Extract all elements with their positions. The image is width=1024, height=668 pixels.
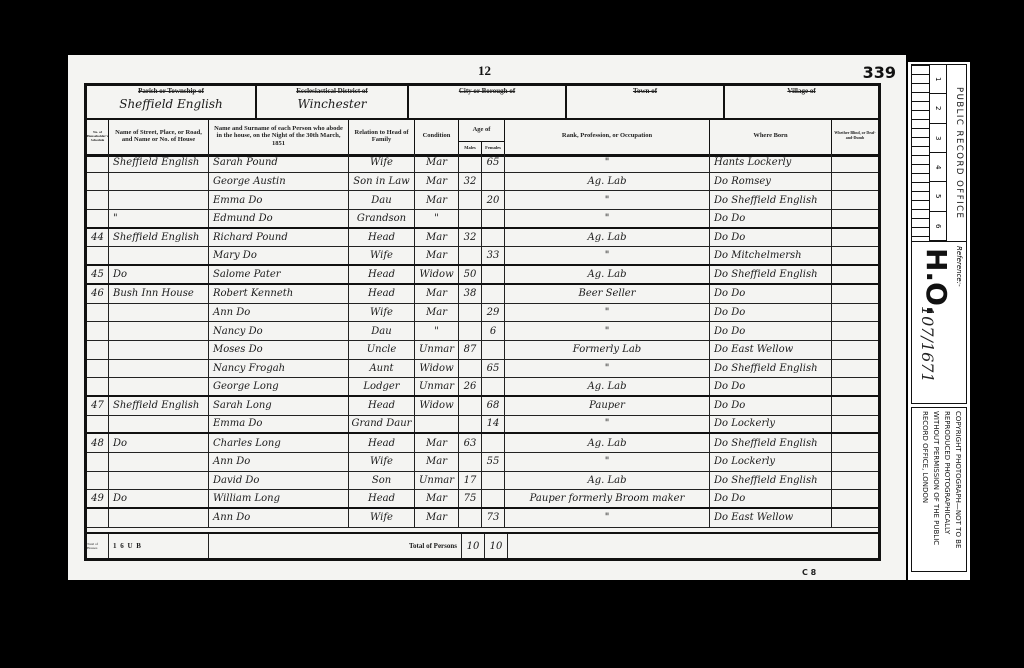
col-age: Age of Males Females bbox=[459, 118, 505, 154]
header-band: Parish or Township of Sheffield English … bbox=[87, 86, 878, 120]
table-row: Sheffield EnglishSarah PoundWifeMar65"Ha… bbox=[87, 154, 878, 173]
footer-mark: C 8 bbox=[802, 568, 816, 577]
table-row: David DoSonUnmar17Ag. LabDo Sheffield En… bbox=[87, 472, 878, 491]
schedule-number: 48 bbox=[87, 434, 109, 452]
schedule-number bbox=[87, 173, 109, 191]
blind-cell bbox=[832, 416, 878, 433]
age-female-cell: 6 bbox=[482, 322, 505, 340]
name-cell: George Austin bbox=[209, 173, 349, 191]
table-row: Ann DoWifeMar29"Do Do bbox=[87, 304, 878, 323]
reference-label: Reference:- bbox=[955, 246, 963, 287]
relation-cell: Wife bbox=[349, 154, 415, 172]
reference-number: 107/1671 bbox=[918, 306, 937, 383]
copyright-box: COPYRIGHT PHOTOGRAPH—NOT TO BE REPRODUCE… bbox=[911, 407, 967, 572]
place-cell bbox=[109, 173, 209, 191]
condition-cell: Mar bbox=[415, 229, 459, 247]
birthplace-cell: Do Do bbox=[710, 490, 832, 507]
occupation-cell: " bbox=[505, 304, 710, 322]
age-male-cell: 17 bbox=[459, 472, 482, 490]
name-cell: George Long bbox=[209, 378, 349, 395]
occupation-cell: " bbox=[505, 247, 710, 264]
age-male-cell bbox=[459, 360, 482, 378]
occupation-cell: " bbox=[505, 210, 710, 227]
age-male-cell bbox=[459, 247, 482, 264]
village-label: Village of bbox=[725, 87, 878, 95]
occupation-cell: Pauper bbox=[505, 397, 710, 415]
ruler-number: 1 bbox=[930, 65, 946, 94]
table-row: "Edmund DoGrandson""Do Do bbox=[87, 210, 878, 229]
place-cell: Do bbox=[109, 434, 209, 452]
age-female-cell bbox=[482, 285, 505, 303]
age-female-cell: 55 bbox=[482, 453, 505, 471]
condition-cell: Mar bbox=[415, 285, 459, 303]
age-male-cell bbox=[459, 397, 482, 415]
relation-cell: Head bbox=[349, 434, 415, 452]
name-cell: William Long bbox=[209, 490, 349, 507]
birthplace-cell: Do Lockerly bbox=[710, 416, 832, 433]
occupation-cell: Pauper formerly Broom maker bbox=[505, 490, 710, 507]
total-persons-males: 10 bbox=[462, 534, 485, 558]
birthplace-cell: Do Sheffield English bbox=[710, 191, 832, 209]
name-cell: Nancy Do bbox=[209, 322, 349, 340]
table-row: 44Sheffield EnglishRichard PoundHeadMar3… bbox=[87, 229, 878, 248]
condition-cell: " bbox=[415, 322, 459, 340]
age-female-cell: 14 bbox=[482, 416, 505, 433]
occupation-cell: Formerly Lab bbox=[505, 341, 710, 359]
col-condition: Condition bbox=[415, 118, 459, 154]
census-page: 12 339 Parish or Township of Sheffield E… bbox=[68, 55, 906, 580]
age-male-cell: 63 bbox=[459, 434, 482, 452]
relation-cell: Dau bbox=[349, 191, 415, 209]
ecclesiastical-value: Winchester bbox=[257, 97, 407, 111]
page-number: 12 bbox=[478, 63, 491, 79]
table-row: Moses DoUncleUnmar87Formerly LabDo East … bbox=[87, 341, 878, 360]
condition-cell: Mar bbox=[415, 247, 459, 264]
name-cell: Mary Do bbox=[209, 247, 349, 264]
age-male-cell: 38 bbox=[459, 285, 482, 303]
blind-cell bbox=[832, 322, 878, 340]
condition-cell: Mar bbox=[415, 154, 459, 172]
schedule-number bbox=[87, 472, 109, 490]
place-cell bbox=[109, 304, 209, 322]
col-name: Name and Surname of each Person who abod… bbox=[209, 118, 349, 154]
name-cell: Richard Pound bbox=[209, 229, 349, 247]
name-cell: Ann Do bbox=[209, 453, 349, 471]
name-cell: Sarah Long bbox=[209, 397, 349, 415]
blind-cell bbox=[832, 341, 878, 359]
name-cell: Edmund Do bbox=[209, 210, 349, 227]
relation-cell: Head bbox=[349, 285, 415, 303]
birthplace-cell: Do Do bbox=[710, 210, 832, 227]
name-cell: David Do bbox=[209, 472, 349, 490]
folio-number: 339 bbox=[863, 63, 896, 82]
census-table: Parish or Township of Sheffield English … bbox=[84, 83, 881, 561]
relation-cell: Grandson bbox=[349, 210, 415, 227]
birthplace-cell: Do Romsey bbox=[710, 173, 832, 191]
age-male-cell: 75 bbox=[459, 490, 482, 507]
schedule-number: 49 bbox=[87, 490, 109, 507]
age-male-cell bbox=[459, 453, 482, 471]
age-female-cell: 20 bbox=[482, 191, 505, 209]
blind-cell bbox=[832, 266, 878, 283]
relation-cell: Wife bbox=[349, 453, 415, 471]
col-age-males: Males bbox=[459, 142, 482, 154]
birthplace-cell: Do Lockerly bbox=[710, 453, 832, 471]
place-cell: " bbox=[109, 210, 209, 227]
age-female-cell bbox=[482, 266, 505, 283]
schedule-number bbox=[87, 154, 109, 172]
age-female-cell bbox=[482, 341, 505, 359]
name-cell: Charles Long bbox=[209, 434, 349, 452]
birthplace-cell: Do Sheffield English bbox=[710, 472, 832, 490]
relation-cell: Son bbox=[349, 472, 415, 490]
condition-cell bbox=[415, 416, 459, 433]
age-female-cell bbox=[482, 173, 505, 191]
place-cell bbox=[109, 472, 209, 490]
age-female-cell bbox=[482, 229, 505, 247]
ruler-number: 3 bbox=[930, 124, 946, 153]
ruler-ticks bbox=[912, 65, 929, 241]
age-male-cell bbox=[459, 509, 482, 527]
totals-blank bbox=[508, 534, 878, 558]
blind-cell bbox=[832, 229, 878, 247]
age-female-cell bbox=[482, 378, 505, 395]
occupation-cell: " bbox=[505, 322, 710, 340]
table-row: Ann DoWifeMar55"Do Lockerly bbox=[87, 453, 878, 472]
city-cell: City or Borough of bbox=[409, 86, 567, 118]
ruler-number: 6 bbox=[930, 212, 946, 241]
occupation-cell: " bbox=[505, 509, 710, 527]
schedule-number: 44 bbox=[87, 229, 109, 247]
age-female-cell: 68 bbox=[482, 397, 505, 415]
city-label: City or Borough of bbox=[409, 87, 565, 95]
name-cell: Sarah Pound bbox=[209, 154, 349, 172]
relation-cell: Head bbox=[349, 229, 415, 247]
occupation-cell: " bbox=[505, 416, 710, 433]
place-cell bbox=[109, 453, 209, 471]
condition-cell: Widow bbox=[415, 360, 459, 378]
age-male-cell bbox=[459, 416, 482, 433]
place-cell bbox=[109, 341, 209, 359]
blind-cell bbox=[832, 360, 878, 378]
condition-cell: Mar bbox=[415, 453, 459, 471]
column-headers: No. of Householder's Schedule Name of St… bbox=[87, 118, 878, 157]
blind-cell bbox=[832, 472, 878, 490]
copyright-text: COPYRIGHT PHOTOGRAPH—NOT TO BE REPRODUCE… bbox=[915, 411, 963, 568]
ecclesiastical-label: Ecclesiastical District of bbox=[257, 87, 407, 95]
condition-cell: Unmar bbox=[415, 341, 459, 359]
occupation-cell: " bbox=[505, 453, 710, 471]
birthplace-cell: Do Do bbox=[710, 397, 832, 415]
occupation-cell: Ag. Lab bbox=[505, 378, 710, 395]
occupation-cell: " bbox=[505, 191, 710, 209]
reference-box: Reference:- H.O. 107/1671 bbox=[911, 242, 967, 404]
relation-cell: Head bbox=[349, 266, 415, 283]
place-cell: Do bbox=[109, 266, 209, 283]
birthplace-cell: Do East Wellow bbox=[710, 509, 832, 527]
schedule-number bbox=[87, 416, 109, 433]
age-female-cell bbox=[482, 490, 505, 507]
blind-cell bbox=[832, 509, 878, 527]
total-persons-females: 10 bbox=[485, 534, 508, 558]
archive-reference-strip: 1 2 3 4 5 6 PUBLIC RECORD OFFICE Referen… bbox=[908, 62, 970, 580]
age-male-cell: 32 bbox=[459, 173, 482, 191]
total-houses-value: 1 6 U B bbox=[109, 534, 209, 558]
name-cell: Salome Pater bbox=[209, 266, 349, 283]
age-male-cell: 50 bbox=[459, 266, 482, 283]
ruler-label: PUBLIC RECORD OFFICE bbox=[954, 65, 964, 241]
name-cell: Emma Do bbox=[209, 416, 349, 433]
age-female-cell: 73 bbox=[482, 509, 505, 527]
relation-cell: Wife bbox=[349, 304, 415, 322]
blind-cell bbox=[832, 490, 878, 507]
ruler-scale: 1 2 3 4 5 6 bbox=[929, 65, 947, 241]
total-houses-label: Total of Houses bbox=[87, 534, 109, 558]
relation-cell: Son in Law bbox=[349, 173, 415, 191]
age-female-cell bbox=[482, 210, 505, 227]
table-row: Nancy FrogahAuntWidow65"Do Sheffield Eng… bbox=[87, 360, 878, 379]
ecclesiastical-cell: Ecclesiastical District of Winchester bbox=[257, 86, 409, 118]
schedule-number bbox=[87, 322, 109, 340]
place-cell: Do bbox=[109, 490, 209, 507]
col-relation: Relation to Head of Family bbox=[349, 118, 415, 154]
blind-cell bbox=[832, 453, 878, 471]
village-cell: Village of bbox=[725, 86, 878, 118]
schedule-number bbox=[87, 378, 109, 395]
place-cell bbox=[109, 416, 209, 433]
town-label: Town of bbox=[567, 87, 723, 95]
table-row: Emma DoDauMar20"Do Sheffield English bbox=[87, 191, 878, 210]
age-male-cell: 32 bbox=[459, 229, 482, 247]
relation-cell: Grand Daur bbox=[349, 416, 415, 433]
condition-cell: Widow bbox=[415, 266, 459, 283]
birthplace-cell: Do Sheffield English bbox=[710, 434, 832, 452]
schedule-number bbox=[87, 247, 109, 264]
schedule-number bbox=[87, 360, 109, 378]
age-male-cell bbox=[459, 154, 482, 172]
relation-cell: Wife bbox=[349, 247, 415, 264]
col-place: Name of Street, Place, or Road, and Name… bbox=[109, 118, 209, 154]
name-cell: Emma Do bbox=[209, 191, 349, 209]
place-cell: Sheffield English bbox=[109, 154, 209, 172]
condition-cell: Unmar bbox=[415, 378, 459, 395]
parish-label: Parish or Township of bbox=[87, 87, 255, 95]
place-cell bbox=[109, 191, 209, 209]
occupation-cell: Ag. Lab bbox=[505, 229, 710, 247]
condition-cell: Mar bbox=[415, 509, 459, 527]
table-row: 45DoSalome PaterHeadWidow50Ag. LabDo She… bbox=[87, 266, 878, 285]
table-body: Sheffield EnglishSarah PoundWifeMar65"Ha… bbox=[87, 154, 878, 528]
birthplace-cell: Do Do bbox=[710, 229, 832, 247]
relation-cell: Wife bbox=[349, 509, 415, 527]
parish-cell: Parish or Township of Sheffield English bbox=[87, 86, 257, 118]
condition-cell: Unmar bbox=[415, 472, 459, 490]
age-female-cell bbox=[482, 472, 505, 490]
birthplace-cell: Do Do bbox=[710, 378, 832, 395]
age-male-cell bbox=[459, 210, 482, 227]
condition-cell: Mar bbox=[415, 490, 459, 507]
age-male-cell bbox=[459, 304, 482, 322]
totals-row: Total of Houses 1 6 U B Total of Persons… bbox=[87, 532, 878, 558]
age-female-cell: 65 bbox=[482, 154, 505, 172]
schedule-number bbox=[87, 341, 109, 359]
age-subheaders: Males Females bbox=[459, 142, 504, 154]
table-row: George AustinSon in LawMar32Ag. LabDo Ro… bbox=[87, 173, 878, 192]
blind-cell bbox=[832, 173, 878, 191]
occupation-cell: Ag. Lab bbox=[505, 173, 710, 191]
schedule-number bbox=[87, 191, 109, 209]
place-cell: Sheffield English bbox=[109, 397, 209, 415]
birthplace-cell: Do Sheffield English bbox=[710, 266, 832, 283]
occupation-cell: Ag. Lab bbox=[505, 434, 710, 452]
ruler-number: 4 bbox=[930, 153, 946, 182]
name-cell: Ann Do bbox=[209, 509, 349, 527]
blind-cell bbox=[832, 210, 878, 227]
birthplace-cell: Do Do bbox=[710, 322, 832, 340]
town-cell: Town of bbox=[567, 86, 725, 118]
condition-cell: Mar bbox=[415, 304, 459, 322]
col-schedule: No. of Householder's Schedule bbox=[87, 118, 109, 154]
col-age-females: Females bbox=[482, 142, 504, 154]
name-cell: Moses Do bbox=[209, 341, 349, 359]
age-female-cell: 29 bbox=[482, 304, 505, 322]
relation-cell: Lodger bbox=[349, 378, 415, 395]
blind-cell bbox=[832, 434, 878, 452]
blind-cell bbox=[832, 378, 878, 395]
condition-cell: Mar bbox=[415, 434, 459, 452]
col-age-label: Age of bbox=[459, 118, 504, 142]
table-row: 46Bush Inn HouseRobert KennethHeadMar38B… bbox=[87, 285, 878, 304]
schedule-number: 46 bbox=[87, 285, 109, 303]
total-persons-label: Total of Persons bbox=[209, 534, 462, 558]
condition-cell: Mar bbox=[415, 173, 459, 191]
age-female-cell: 33 bbox=[482, 247, 505, 264]
relation-cell: Dau bbox=[349, 322, 415, 340]
occupation-cell: Beer Seller bbox=[505, 285, 710, 303]
blind-cell bbox=[832, 397, 878, 415]
table-row: George LongLodgerUnmar26Ag. LabDo Do bbox=[87, 378, 878, 397]
col-born: Where Born bbox=[710, 118, 832, 154]
birthplace-cell: Do Sheffield English bbox=[710, 360, 832, 378]
age-male-cell bbox=[459, 191, 482, 209]
occupation-cell: Ag. Lab bbox=[505, 472, 710, 490]
birthplace-cell: Hants Lockerly bbox=[710, 154, 832, 172]
age-female-cell: 65 bbox=[482, 360, 505, 378]
name-cell: Ann Do bbox=[209, 304, 349, 322]
schedule-number bbox=[87, 210, 109, 227]
age-male-cell: 87 bbox=[459, 341, 482, 359]
place-cell: Bush Inn House bbox=[109, 285, 209, 303]
schedule-number bbox=[87, 453, 109, 471]
condition-cell: Mar bbox=[415, 191, 459, 209]
table-row: 49DoWilliam LongHeadMar75Pauper formerly… bbox=[87, 490, 878, 509]
schedule-number bbox=[87, 509, 109, 527]
table-row: Emma DoGrand Daur14"Do Lockerly bbox=[87, 416, 878, 435]
age-male-cell bbox=[459, 322, 482, 340]
name-cell: Nancy Frogah bbox=[209, 360, 349, 378]
relation-cell: Head bbox=[349, 397, 415, 415]
blind-cell bbox=[832, 247, 878, 264]
place-cell bbox=[109, 509, 209, 527]
schedule-number bbox=[87, 304, 109, 322]
blind-cell bbox=[832, 154, 878, 172]
birthplace-cell: Do Do bbox=[710, 285, 832, 303]
condition-cell: " bbox=[415, 210, 459, 227]
age-male-cell: 26 bbox=[459, 378, 482, 395]
table-row: 48DoCharles LongHeadMar63Ag. LabDo Sheff… bbox=[87, 434, 878, 453]
place-cell: Sheffield English bbox=[109, 229, 209, 247]
birthplace-cell: Do Mitchelmersh bbox=[710, 247, 832, 264]
col-occupation: Rank, Profession, or Occupation bbox=[505, 118, 710, 154]
occupation-cell: " bbox=[505, 154, 710, 172]
relation-cell: Uncle bbox=[349, 341, 415, 359]
place-cell bbox=[109, 247, 209, 264]
scale-ruler: 1 2 3 4 5 6 PUBLIC RECORD OFFICE bbox=[911, 64, 967, 242]
relation-cell: Aunt bbox=[349, 360, 415, 378]
condition-cell: Widow bbox=[415, 397, 459, 415]
table-row: Mary DoWifeMar33"Do Mitchelmersh bbox=[87, 247, 878, 266]
ruler-number: 5 bbox=[930, 182, 946, 211]
table-row: Ann DoWifeMar73"Do East Wellow bbox=[87, 509, 878, 528]
parish-value: Sheffield English bbox=[87, 97, 255, 111]
col-blind: Whether Blind, or Deaf-and-Dumb bbox=[832, 118, 878, 154]
age-female-cell bbox=[482, 434, 505, 452]
table-row: 47Sheffield EnglishSarah LongHeadWidow68… bbox=[87, 397, 878, 416]
table-row: Nancy DoDau"6"Do Do bbox=[87, 322, 878, 341]
birthplace-cell: Do Do bbox=[710, 304, 832, 322]
occupation-cell: " bbox=[505, 360, 710, 378]
schedule-number: 45 bbox=[87, 266, 109, 283]
place-cell bbox=[109, 360, 209, 378]
birthplace-cell: Do East Wellow bbox=[710, 341, 832, 359]
place-cell bbox=[109, 378, 209, 395]
blind-cell bbox=[832, 191, 878, 209]
relation-cell: Head bbox=[349, 490, 415, 507]
blind-cell bbox=[832, 285, 878, 303]
name-cell: Robert Kenneth bbox=[209, 285, 349, 303]
schedule-number: 47 bbox=[87, 397, 109, 415]
occupation-cell: Ag. Lab bbox=[505, 266, 710, 283]
place-cell bbox=[109, 322, 209, 340]
blind-cell bbox=[832, 304, 878, 322]
ruler-number: 2 bbox=[930, 94, 946, 123]
